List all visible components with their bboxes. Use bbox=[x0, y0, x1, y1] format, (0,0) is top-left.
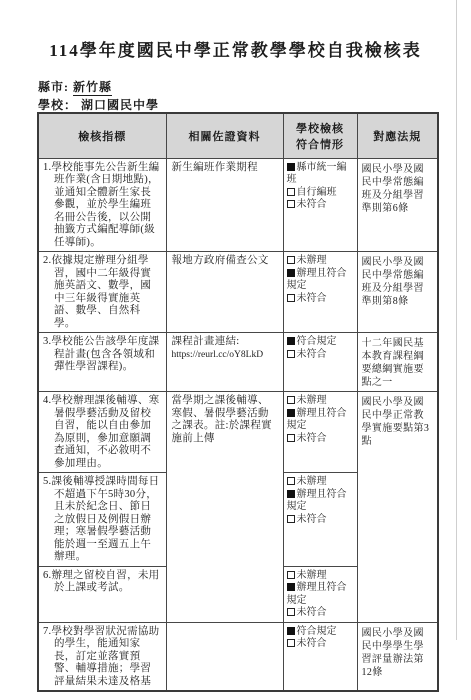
status-option-label: 符合規定 bbox=[297, 336, 337, 347]
status-option-label: 未辦理 bbox=[297, 255, 327, 266]
regulation-cell: 國民小學及國民中學常態編班及分組學習準則第6條 bbox=[357, 158, 438, 252]
regulation-cell: 國民小學及國民中學常態編班及分組學習準則第8條 bbox=[357, 252, 438, 333]
status-option-label: 辦理且符合規定 bbox=[287, 408, 347, 432]
status-cell: 未辦理 辦理且符合規定 未符合 bbox=[283, 392, 357, 473]
check-table: 檢核指標 相關佐證資料 學校檢核 符合情形 對應法規 1.學校能事先公告新生編班… bbox=[37, 112, 439, 692]
table-row: 3.學校能公告該學年度課程計畫(包含各領域和彈性學習課程)。 課程計畫連結: h… bbox=[38, 333, 438, 392]
status-option: 未符合 bbox=[287, 293, 355, 306]
indicator-cell: 1.學校能事先公告新生編班作業(含日期地點)，並通知全體新生家長參觀，並於學生編… bbox=[38, 158, 166, 252]
checkbox-icon bbox=[287, 639, 295, 647]
indicator-cell: 4.學校辦理課後輔導、寒暑假學藝活動及留校自習，能以自由參加為原則，參加意願調查… bbox=[38, 392, 166, 473]
status-option: 辦理且符合規定 bbox=[287, 268, 355, 293]
status-option: 未符合 bbox=[287, 433, 355, 446]
checkbox-icon bbox=[287, 200, 295, 208]
indicator-text: 4.學校辦理課後輔導、寒暑假學藝活動及留校自習，能以自由參加為原則，參加意願調查… bbox=[43, 395, 162, 470]
indicator-cell: 7.學校對學習狀況需協助的學生，能通知家長，訂定並落實預警、輔導措施；學習評量結… bbox=[38, 622, 166, 691]
checkbox-icon bbox=[287, 515, 295, 523]
checkbox-icon bbox=[287, 163, 295, 171]
status-option-label: 辦理且符合規定 bbox=[287, 489, 347, 513]
evidence-cell bbox=[166, 622, 283, 691]
checkbox-icon bbox=[287, 396, 295, 404]
school-line: 學校： 湖口國民中學 bbox=[38, 96, 159, 113]
checkbox-icon bbox=[287, 256, 295, 264]
status-option: 符合規定 bbox=[287, 626, 355, 639]
scanned-form-page: 114學年度國民中學正常教學學校自我檢核表 縣市: 新竹縣 學校： 湖口國民中學… bbox=[0, 0, 471, 700]
status-option-label: 未符合 bbox=[297, 349, 327, 360]
status-cell: 符合規定 未符合 bbox=[283, 622, 357, 691]
status-option: 辦理且符合規定 bbox=[287, 408, 355, 433]
regulation-cell: 國民小學及國民中學學生學習評量辦法第12條 bbox=[357, 622, 438, 691]
status-option-label: 辦理且符合規定 bbox=[287, 268, 347, 292]
status-option: 未辦理 bbox=[287, 255, 355, 268]
status-option-label: 未符合 bbox=[297, 293, 327, 304]
form-title: 114學年度國民中學正常教學學校自我檢核表 bbox=[0, 36, 471, 61]
table-row: 7.學校對學習狀況需協助的學生，能通知家長，訂定並落實預警、輔導措施；學習評量結… bbox=[38, 622, 438, 691]
status-cell: 縣市統一編班 自行編班 未符合 bbox=[283, 158, 357, 252]
indicator-text: 7.學校對學習狀況需協助的學生，能通知家長，訂定並落實預警、輔導措施；學習評量結… bbox=[43, 626, 162, 689]
checkbox-icon bbox=[287, 350, 295, 358]
table-row: 2.依據規定辦理分組學習，國中二年級得實施英語文、數學，國中三年級得實施英語、數… bbox=[38, 252, 438, 333]
checkbox-icon bbox=[287, 608, 295, 616]
status-cell: 符合規定 未符合 bbox=[283, 333, 357, 392]
status-option-label: 未符合 bbox=[297, 514, 327, 525]
header-evidence: 相關佐證資料 bbox=[166, 113, 283, 158]
evidence-cell: 當學期之課後輔導、寒假、暑假學藝活動之課表。註:於課程實施前上傳 bbox=[166, 392, 283, 623]
regulation-cell: 國民小學及國民中學正常教學實施要點第3點 bbox=[357, 392, 438, 623]
status-option-label: 符合規定 bbox=[297, 626, 337, 637]
indicator-text: 5.課後輔導授課時間每日不超過下午5時30分，且未於紀念日、節日之放假日及例假日… bbox=[43, 476, 162, 564]
status-option: 未辦理 bbox=[287, 476, 355, 489]
status-option: 縣市統一編班 bbox=[287, 162, 355, 187]
header-status: 學校檢核 符合情形 bbox=[283, 113, 357, 158]
status-option: 辦理且符合規定 bbox=[287, 582, 355, 607]
table-row: 4.學校辦理課後輔導、寒暑假學藝活動及留校自習，能以自由參加為原則，參加意願調查… bbox=[38, 392, 438, 473]
evidence-cell: 課程計畫連結: https://reurl.cc/oY8LkD bbox=[166, 333, 283, 392]
county-line: 縣市: 新竹縣 bbox=[38, 78, 112, 95]
status-option-label: 未符合 bbox=[297, 433, 327, 444]
status-option-label: 未符合 bbox=[297, 607, 327, 618]
status-cell: 未辦理 辦理且符合規定 未符合 bbox=[283, 473, 357, 567]
status-option: 符合規定 bbox=[287, 336, 355, 349]
evidence-cell: 新生編班作業期程 bbox=[166, 158, 283, 252]
status-option-label: 辦理且符合規定 bbox=[287, 582, 347, 606]
header-indicator: 檢核指標 bbox=[38, 113, 166, 158]
indicator-cell: 2.依據規定辦理分組學習，國中二年級得實施英語文、數學，國中三年級得實施英語、數… bbox=[38, 252, 166, 333]
indicator-cell: 6.辦理之留校自習，未用於上課或考試。 bbox=[38, 566, 166, 622]
checkbox-icon bbox=[287, 627, 295, 635]
status-option: 未符合 bbox=[287, 199, 355, 212]
county-label: 縣市: bbox=[38, 80, 69, 94]
status-option-label: 未辦理 bbox=[297, 395, 327, 406]
status-option-label: 未辦理 bbox=[297, 570, 327, 581]
status-option-label: 自行編班 bbox=[297, 187, 337, 198]
checkbox-icon bbox=[287, 337, 295, 345]
county-value: 新竹縣 bbox=[73, 80, 112, 96]
evidence-cell: 報地方政府備查公文 bbox=[166, 252, 283, 333]
status-option-label: 縣市統一編班 bbox=[287, 162, 347, 186]
scan-edge-artifact bbox=[456, 0, 457, 640]
checkbox-icon bbox=[287, 294, 295, 302]
checkbox-icon bbox=[287, 583, 295, 591]
checkbox-icon bbox=[287, 477, 295, 485]
checkbox-icon bbox=[287, 434, 295, 442]
status-cell: 未辦理 辦理且符合規定 未符合 bbox=[283, 252, 357, 333]
status-option: 未符合 bbox=[287, 638, 355, 651]
status-option: 自行編班 bbox=[287, 187, 355, 200]
checkbox-icon bbox=[287, 490, 295, 498]
indicator-text: 2.依據規定辦理分組學習，國中二年級得實施英語文、數學，國中三年級得實施英語、數… bbox=[43, 255, 162, 330]
indicator-text: 3.學校能公告該學年度課程計畫(包含各領域和彈性學習課程)。 bbox=[43, 336, 162, 374]
status-option-label: 未符合 bbox=[297, 638, 327, 649]
status-option: 辦理且符合規定 bbox=[287, 489, 355, 514]
table-row: 1.學校能事先公告新生編班作業(含日期地點)，並通知全體新生家長參觀，並於學生編… bbox=[38, 158, 438, 252]
status-option-label: 未辦理 bbox=[297, 476, 327, 487]
status-option: 未符合 bbox=[287, 349, 355, 362]
indicator-text: 1.學校能事先公告新生編班作業(含日期地點)，並通知全體新生家長參觀，並於學生編… bbox=[43, 162, 162, 250]
status-option: 未符合 bbox=[287, 514, 355, 527]
checkbox-icon bbox=[287, 571, 295, 579]
status-option: 未辦理 bbox=[287, 570, 355, 583]
header-regulation: 對應法規 bbox=[357, 113, 438, 158]
indicator-cell: 3.學校能公告該學年度課程計畫(包含各領域和彈性學習課程)。 bbox=[38, 333, 166, 392]
checkbox-icon bbox=[287, 409, 295, 417]
status-option: 未符合 bbox=[287, 607, 355, 620]
evidence-label: 課程計畫連結: bbox=[172, 336, 279, 349]
indicator-text: 6.辦理之留校自習，未用於上課或考試。 bbox=[43, 570, 162, 595]
school-label: 學校： bbox=[38, 98, 77, 112]
indicator-cell: 5.課後輔導授課時間每日不超過下午5時30分，且未於紀念日、節日之放假日及例假日… bbox=[38, 473, 166, 567]
regulation-cell: 十二年國民基本教育課程綱要總綱實施要點之一 bbox=[357, 333, 438, 392]
table-header-row: 檢核指標 相關佐證資料 學校檢核 符合情形 對應法規 bbox=[38, 113, 438, 158]
status-option-label: 未符合 bbox=[297, 199, 327, 210]
status-option: 未辦理 bbox=[287, 395, 355, 408]
status-cell: 未辦理 辦理且符合規定 未符合 bbox=[283, 566, 357, 622]
evidence-url: https://reurl.cc/oY8LkD bbox=[172, 349, 279, 362]
checkbox-icon bbox=[287, 188, 295, 196]
checkbox-icon bbox=[287, 269, 295, 277]
